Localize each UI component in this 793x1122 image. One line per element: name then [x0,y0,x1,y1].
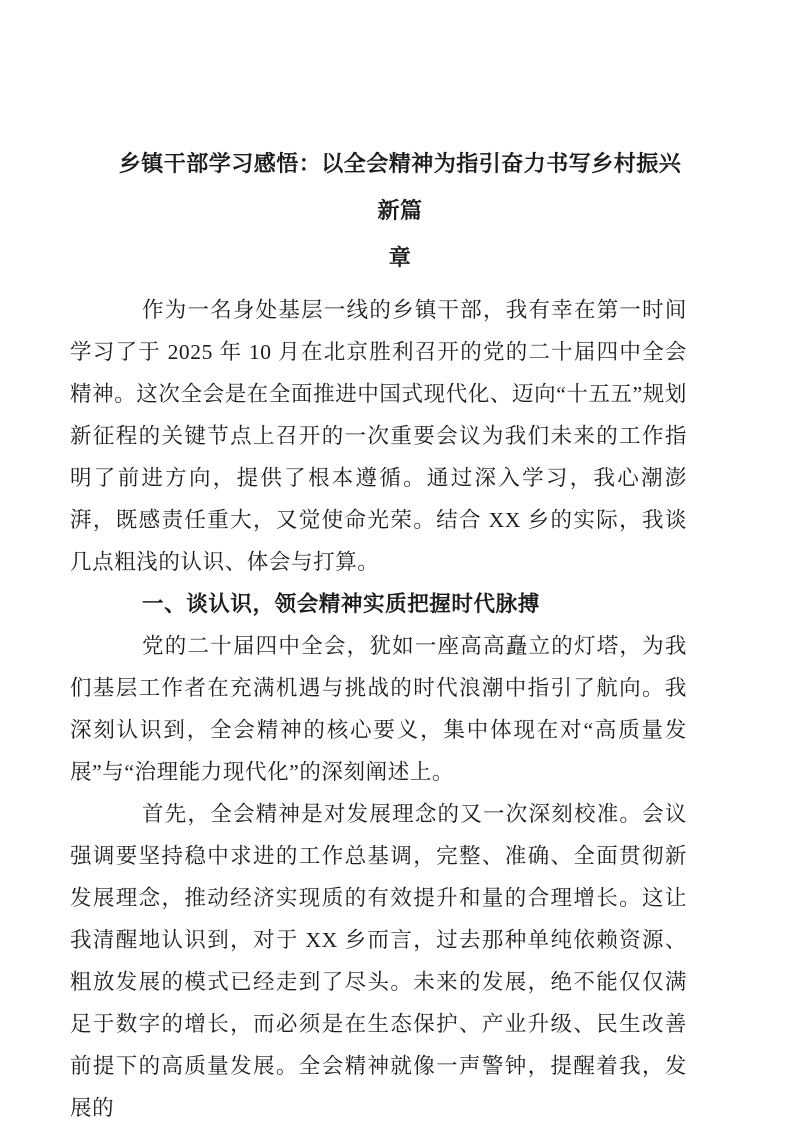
section-heading: 一、谈认识，领会精神实质把握时代脉搏 [70,583,687,625]
document-page: 乡镇干部学习感悟：以全会精神为指引奋力书写乡村振兴新篇 章 作为一名身处基层一线… [0,0,793,1122]
document-content: 乡镇干部学习感悟：以全会精神为指引奋力书写乡村振兴新篇 章 作为一名身处基层一线… [70,140,687,1122]
body-paragraph: 党的二十届四中全会，犹如一座高高矗立的灯塔，为我们基层工作者在充满机遇与挑战的时… [70,625,687,793]
document-title-line-1: 乡镇干部学习感悟：以全会精神为指引奋力书写乡村振兴新篇 [113,140,687,234]
document-title-line-2: 章 [113,234,687,281]
body-paragraph: 首先，全会精神是对发展理念的又一次深刻校准。会议强调要坚持稳中求进的工作总基调，… [70,793,687,1122]
document-title: 乡镇干部学习感悟：以全会精神为指引奋力书写乡村振兴新篇 章 [70,140,687,281]
body-paragraph: 作为一名身处基层一线的乡镇干部，我有幸在第一时间学习了于 2025 年 10 月… [70,289,687,583]
paragraph-list: 作为一名身处基层一线的乡镇干部，我有幸在第一时间学习了于 2025 年 10 月… [70,289,687,1122]
